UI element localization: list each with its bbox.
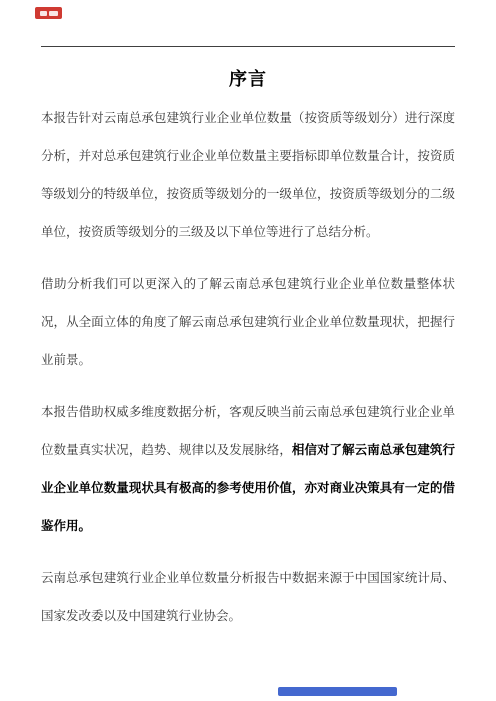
preface-body: 本报告针对云南总承包建筑行业企业单位数量（按资质等级划分）进行深度分析，并对总承… [41,99,455,649]
footer-bar [278,687,397,696]
paragraph: 本报告借助权威多维度数据分析，客观反映当前云南总承包建筑行业企业单位数量真实状况… [41,393,455,545]
text-segment: 云南总承包建筑行业企业单位数量分析报告中数据来源于中国国家统计局、 [41,571,455,585]
bold-text-segment: 业企业单位数量现状具有极高的参考使用价值，亦对商业决策具有一定的借 [41,481,455,495]
text-segment: 业前景。 [41,353,91,367]
paragraph: 本报告针对云南总承包建筑行业企业单位数量（按资质等级划分）进行深度分析，并对总承… [41,99,455,251]
page-title: 序言 [0,66,496,92]
text-line: 单位，按资质等级划分的三级及以下单位等进行了总结分析。 [41,213,455,251]
text-segment: 分析，并对总承包建筑行业企业单位数量主要指标即单位数量合计，按资质 [41,149,455,163]
text-segment: 本报告借助权威多维度数据分析，客观反映当前云南总承包建筑行业企业单 [41,405,455,419]
text-segment: 借助分析我们可以更深入的了解云南总承包建筑行业企业单位数量整体状 [41,277,455,291]
text-line: 鉴作用。 [41,507,455,545]
text-line: 况，从全面立体的角度了解云南总承包建筑行业企业单位数量现状，把握行 [41,303,455,341]
badge-glyph-icon [40,11,47,16]
paragraph: 云南总承包建筑行业企业单位数量分析报告中数据来源于中国国家统计局、国家发改委以及… [41,559,455,635]
text-segment: 国家发改委以及中国建筑行业协会。 [41,609,241,623]
text-line: 国家发改委以及中国建筑行业协会。 [41,597,455,635]
text-segment: 本报告针对云南总承包建筑行业企业单位数量（按资质等级划分）进行深度 [41,111,455,125]
paragraph: 借助分析我们可以更深入的了解云南总承包建筑行业企业单位数量整体状况，从全面立体的… [41,265,455,379]
header-divider-line [41,46,455,47]
text-line: 借助分析我们可以更深入的了解云南总承包建筑行业企业单位数量整体状 [41,265,455,303]
text-segment: 等级划分的特级单位，按资质等级划分的一级单位，按资质等级划分的二级 [41,187,455,201]
bold-text-segment: 相信对了解云南总承包建筑行 [292,443,455,457]
text-line: 等级划分的特级单位，按资质等级划分的一级单位，按资质等级划分的二级 [41,175,455,213]
text-segment: 况，从全面立体的角度了解云南总承包建筑行业企业单位数量现状，把握行 [41,315,455,329]
text-line: 分析，并对总承包建筑行业企业单位数量主要指标即单位数量合计，按资质 [41,137,455,175]
text-line: 业企业单位数量现状具有极高的参考使用价值，亦对商业决策具有一定的借 [41,469,455,507]
text-line: 本报告针对云南总承包建筑行业企业单位数量（按资质等级划分）进行深度 [41,99,455,137]
text-line: 位数量真实状况，趋势、规律以及发展脉络，相信对了解云南总承包建筑行 [41,431,455,469]
text-segment: 单位，按资质等级划分的三级及以下单位等进行了总结分析。 [41,225,379,239]
text-line: 业前景。 [41,341,455,379]
brand-logo-badge [35,7,62,19]
badge-glyph-icon [49,11,58,16]
bold-text-segment: 鉴作用。 [41,519,91,533]
text-line: 云南总承包建筑行业企业单位数量分析报告中数据来源于中国国家统计局、 [41,559,455,597]
text-segment: 位数量真实状况，趋势、规律以及发展脉络， [41,443,292,457]
text-line: 本报告借助权威多维度数据分析，客观反映当前云南总承包建筑行业企业单 [41,393,455,431]
document-page: 序言 本报告针对云南总承包建筑行业企业单位数量（按资质等级划分）进行深度分析，并… [0,0,496,701]
